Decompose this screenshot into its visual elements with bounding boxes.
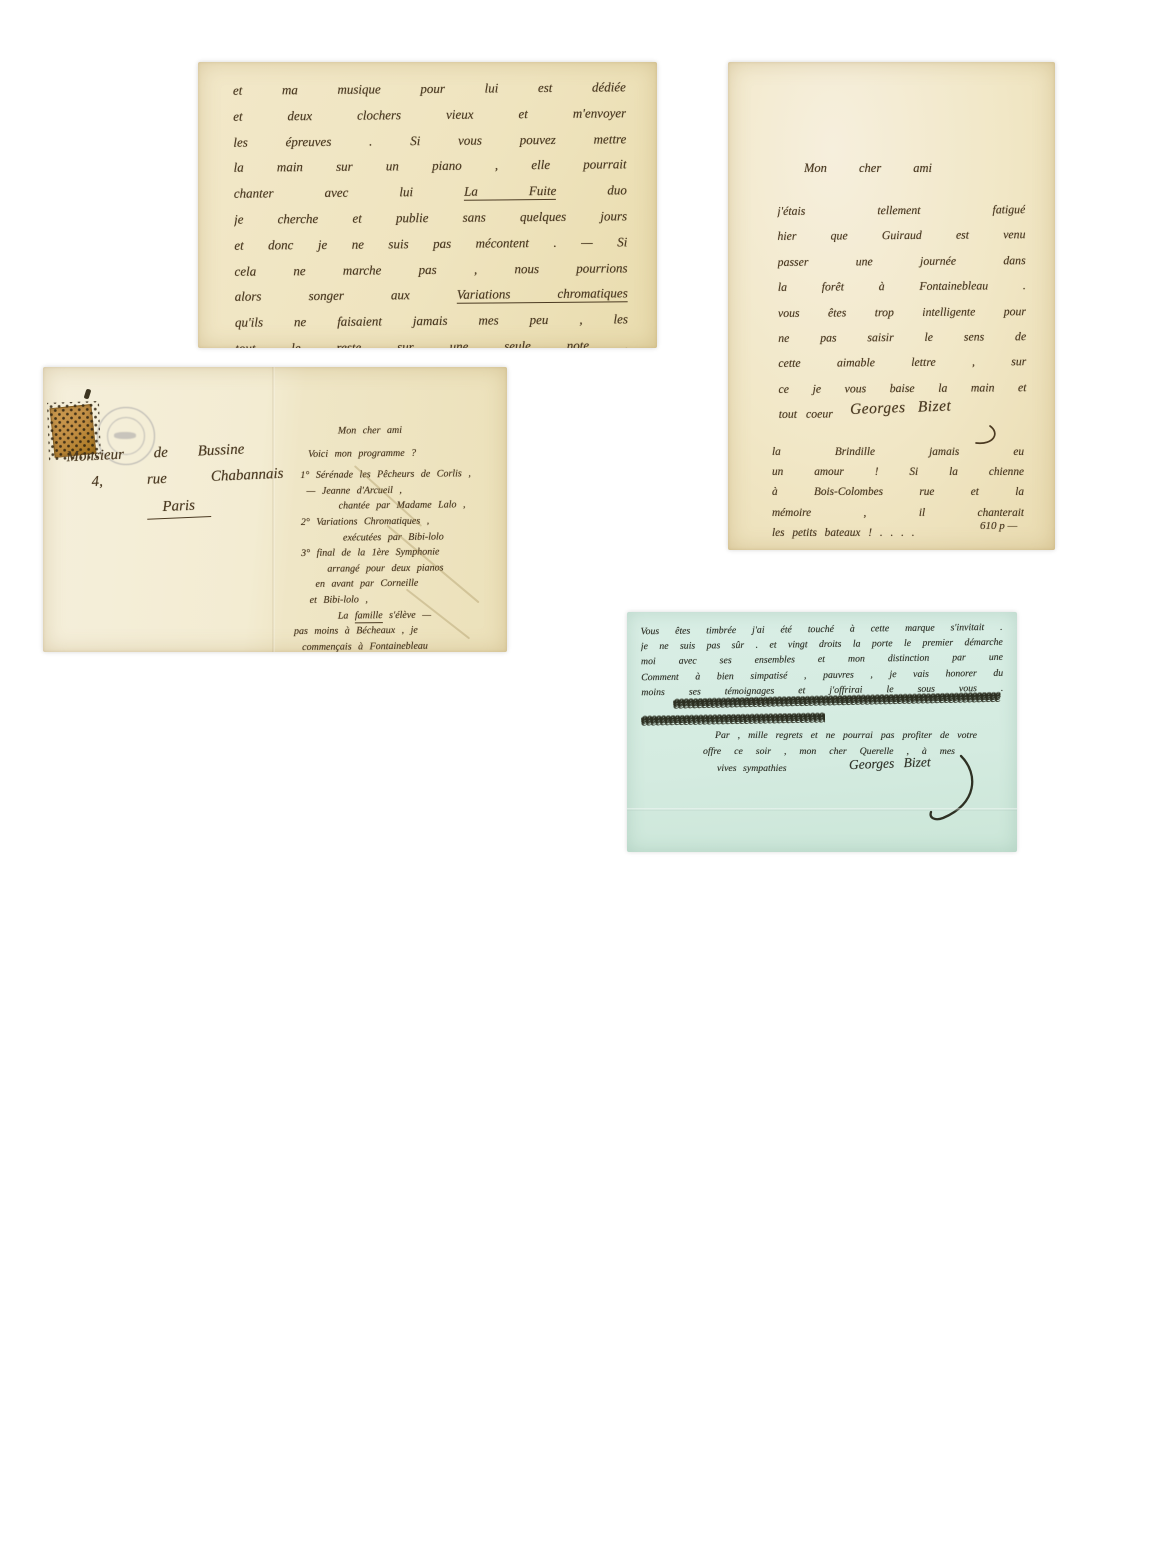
handwriting-line: et donc je ne suis pas mécontent . — Si	[234, 229, 627, 258]
salutation: Mon cher ami	[338, 422, 502, 439]
letter-fragment-page: et ma musique pour lui est dédiée et deu…	[198, 62, 657, 348]
handwriting-line: cette aimable lettre , sur	[778, 350, 1026, 377]
scribbled-out-line: eeeeeeeeeeeeeeeeeeeeeeeeeeeeeeeeeeeeeeee	[641, 709, 825, 728]
letter-fragment-text: et ma musique pour lui est dédiée et deu…	[233, 74, 628, 348]
line-prefix: La	[338, 610, 355, 621]
underlined-work-title: La Fuite	[464, 183, 556, 201]
address-city: Paris	[146, 497, 211, 520]
handwriting-line: et deux clochers vieux et m'envoyer	[233, 100, 626, 129]
scan-sheet: et ma musique pour lui est dédiée et deu…	[0, 0, 1165, 1558]
signature-flourish	[913, 752, 979, 830]
handwriting-line: et ma musique pour lui est dédiée	[233, 74, 626, 103]
salutation: Mon cher ami	[804, 161, 932, 176]
address-block: Monsieur de Bussine 4, rue Chabannais Pa…	[43, 367, 287, 572]
handwriting-line: cela ne marche pas , nous pourrions	[234, 255, 627, 284]
program-block: Mon cher ami Voici mon programme ? 1° Sé…	[280, 422, 504, 652]
handwriting-line: j'étais tellement fatigué	[777, 197, 1025, 224]
archive-mark: 610 p —	[980, 520, 1040, 532]
handwriting-line: à Bois-Colombes rue et la	[772, 482, 1024, 502]
handwriting-line: hier que Guiraud est venu	[777, 223, 1025, 250]
letter-body: j'étais tellement fatigué hier que Guira…	[777, 197, 1027, 427]
handwriting-line: la forêt à Fontainebleau .	[778, 273, 1026, 300]
program-item: arrangé pour deux pianos	[327, 560, 503, 577]
program-item: chantée par Madame Lalo ,	[339, 497, 503, 514]
handwriting-line: un amour ! Si la chienne	[772, 462, 1024, 482]
letter-page-2: Mon cher ami j'étais tellement fatigué h…	[728, 62, 1055, 550]
handwriting-line: Par , mille regrets et ne pourrai pas pr…	[715, 730, 977, 741]
line-suffix: duo	[556, 182, 627, 198]
envelope-with-program: Monsieur de Bussine 4, rue Chabannais Pa…	[43, 367, 507, 652]
underlined-word: famille	[355, 610, 383, 623]
handwriting-line: la main sur un piano , elle pourrait	[233, 152, 626, 181]
fold-line	[627, 808, 1017, 811]
handwriting-line-variations: alors songer aux Variations chromatiques	[235, 281, 628, 310]
blue-note-page: Vous êtes timbrée j'ai été touché à cett…	[627, 612, 1017, 852]
program-closing-line: La famille s'élève —	[338, 606, 504, 623]
handwriting-line: ne pas saisir le sens de	[778, 324, 1026, 351]
line-prefix: chanter avec lui	[234, 184, 464, 201]
address-recipient: Monsieur de Bussine	[66, 441, 245, 466]
line-prefix: alors songer aux	[235, 287, 457, 304]
handwriting-line: qu'ils ne faisaient jamais mes peu , les	[235, 306, 628, 335]
handwriting-line: vous êtes trop intelligente pour	[778, 299, 1026, 326]
underlined-work-title: Variations chromatiques	[457, 286, 628, 304]
program-intro: Voici mon programme ?	[308, 444, 502, 462]
program-closing: commençais à Fontainebleau	[302, 638, 504, 652]
handwriting-line-title: chanter avec lui La Fuite duo	[234, 177, 627, 206]
handwriting-line: les épreuves . Si vous pouvez mettre	[233, 126, 626, 155]
handwriting-line: passer une journée dans	[778, 248, 1026, 275]
address-street: 4, rue Chabannais	[91, 466, 284, 491]
handwriting-line: tout le reste sur une seule note .	[235, 332, 628, 348]
handwriting-line: je cherche et publie sans quelques jours	[234, 203, 627, 232]
line-suffix: s'élève —	[383, 609, 432, 621]
handwriting-line: vives sympathies	[717, 763, 827, 774]
note-body: Vous êtes timbrée j'ai été touché à cett…	[641, 620, 1004, 700]
handwriting-line: la Brindille jamais eu	[772, 442, 1024, 462]
program-item: exécutées par Bibi-lolo	[343, 528, 503, 545]
